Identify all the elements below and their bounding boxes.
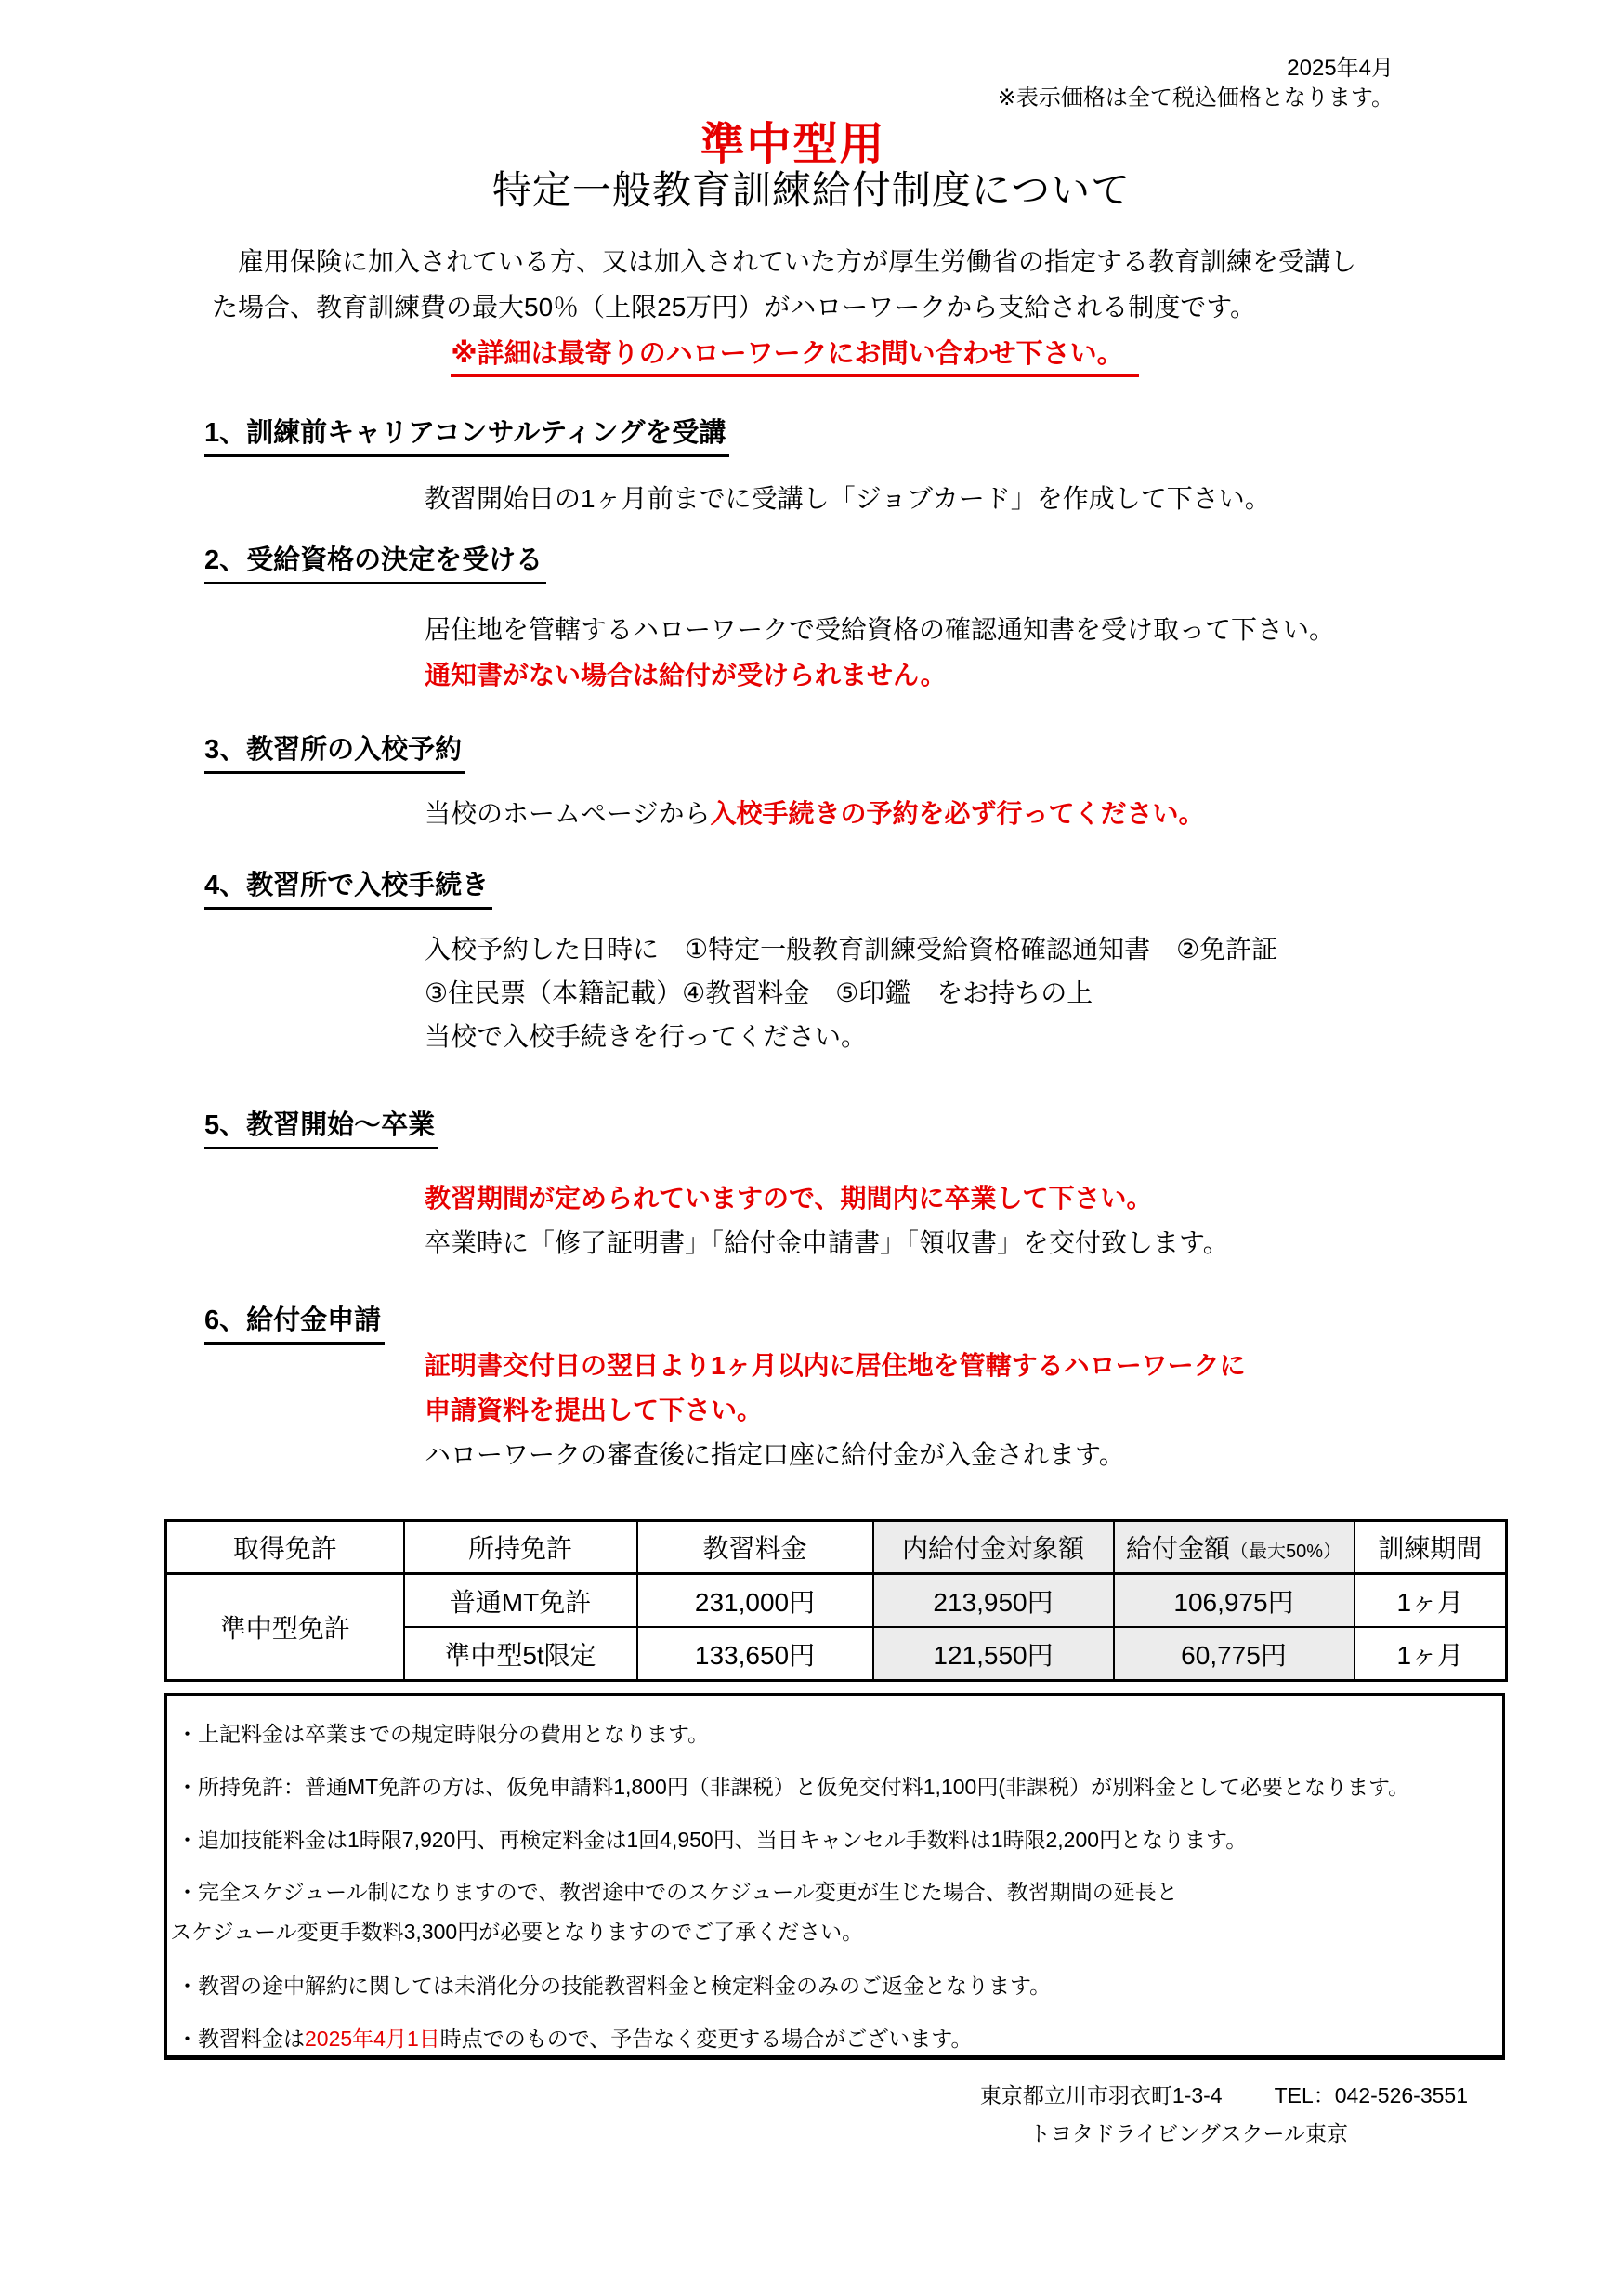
price-table-header-row: 取得免許 所持免許 教習料金 内給付金対象額 給付金額（最大50%） 訓練期間 bbox=[166, 1521, 1507, 1574]
footer-address: 東京都立川市羽衣町1-3-4TEL：042-526-3551 bbox=[980, 2079, 1468, 2109]
col-training-period: 訓練期間 bbox=[1355, 1521, 1507, 1574]
intro-line-2: た場合、教育訓練費の最大50％（上限25万円）がハローワークから支給される制度で… bbox=[212, 287, 1256, 324]
step-6-warning-1: 証明書交付日の翌日より1ヶ月以内に居住地を管轄するハローワークに bbox=[425, 1345, 1246, 1383]
period-cell: 1ヶ月 bbox=[1355, 1574, 1507, 1628]
footer-school-name: トヨタドライビングスクール東京 bbox=[1029, 2117, 1348, 2147]
note-line-4b: スケジュール変更手数料3,300円が必要となりますのでご了承ください。 bbox=[170, 1915, 863, 1946]
col-covered-amount: 内給付金対象額 bbox=[873, 1521, 1114, 1574]
col-benefit-amount: 給付金額（最大50%） bbox=[1114, 1521, 1355, 1574]
hellowork-contact-note: ※詳細は最寄りのハローワークにお問い合わせ下さい。 bbox=[0, 333, 1606, 377]
page-title: 特定一般教育訓練給付制度について bbox=[0, 160, 1623, 216]
benefit-cell: 60,775円 bbox=[1114, 1627, 1355, 1681]
step-4-line-3: 当校で入校手続きを行ってください。 bbox=[425, 1017, 867, 1054]
step-6-line-3: ハローワークの審査後に指定口座に給付金が入金されます。 bbox=[425, 1435, 1125, 1472]
col-acquired-license: 取得免許 bbox=[166, 1521, 404, 1574]
benefit-cell: 106,975円 bbox=[1114, 1574, 1355, 1628]
step-1-heading: 1、訓練前キャリアコンサルティングを受講 bbox=[204, 412, 729, 457]
step-3-line-1: 当校のホームページから入校手続きの予約を必ず行ってください。 bbox=[425, 794, 1204, 831]
step-4-line-2: ③住民票（本籍記載）④教習料金 ⑤印鑑 をお持ちの上 bbox=[425, 973, 1093, 1010]
fee-cell: 231,000円 bbox=[637, 1574, 873, 1628]
step-4-line-1: 入校予約した日時に ①特定一般教育訓練受給資格確認通知書 ②免許証 bbox=[425, 929, 1277, 966]
note-line-4a: ・完全スケジュール制になりますので、教習途中でのスケジュール変更が生じた場合、教… bbox=[177, 1875, 1178, 1906]
header-right-block: 2025年4月 ※表示価格は全て税込価格となります。 bbox=[998, 54, 1394, 113]
note-line-3: ・追加技能料金は1時限7,920円、再検定料金は1回4,950円、当日キャンセル… bbox=[177, 1823, 1247, 1854]
document-page: 2025年4月 ※表示価格は全て税込価格となります。 準中型用 特定一般教育訓練… bbox=[0, 0, 1623, 2296]
step-5-warning: 教習期間が定められていますので、期間内に卒業して下さい。 bbox=[425, 1178, 1152, 1215]
fee-cell: 133,650円 bbox=[637, 1627, 873, 1681]
step-6-heading: 6、給付金申請 bbox=[204, 1299, 385, 1345]
note-line-2: ・所持免許：普通MT免許の方は、仮免申請料1,800円（非課税）と仮免交付料1,… bbox=[177, 1770, 1409, 1801]
step-6-warning-2: 申請資料を提出して下さい。 bbox=[425, 1390, 763, 1427]
notes-box: ・上記料金は卒業までの規定時限分の費用となります。 ・所持免許：普通MT免許の方… bbox=[164, 1693, 1505, 2060]
step-2-heading: 2、受給資格の決定を受ける bbox=[204, 539, 546, 584]
step-5-heading: 5、教習開始～卒業 bbox=[204, 1104, 438, 1149]
note-line-5: ・教習の途中解約に関しては未消化分の技能教習料金と検定料金のみのご返金となります… bbox=[177, 1969, 1051, 2000]
license-group-cell: 準中型免許 bbox=[166, 1574, 404, 1681]
covered-cell: 213,950円 bbox=[873, 1574, 1114, 1628]
table-row: 準中型免許 普通MT免許 231,000円 213,950円 106,975円 … bbox=[166, 1574, 1507, 1628]
step-1-line-1: 教習開始日の1ヶ月前までに受講し「ジョブカード」を作成して下さい。 bbox=[425, 479, 1271, 516]
step-4-heading: 4、教習所で入校手続き bbox=[204, 864, 492, 910]
held-license-cell: 普通MT免許 bbox=[404, 1574, 637, 1628]
school-address: 東京都立川市羽衣町1-3-4 bbox=[980, 2083, 1223, 2107]
step-5-line-2: 卒業時に「修了証明書」「給付金申請書」「領収書」を交付致します。 bbox=[425, 1223, 1229, 1260]
step-2-line-1: 居住地を管轄するハローワークで受給資格の確認通知書を受け取って下さい。 bbox=[425, 610, 1335, 647]
note-line-1: ・上記料金は卒業までの規定時限分の費用となります。 bbox=[177, 1717, 709, 1748]
col-held-license: 所持免許 bbox=[404, 1521, 637, 1574]
price-table: 取得免許 所持免許 教習料金 内給付金対象額 給付金額（最大50%） 訓練期間 … bbox=[164, 1519, 1508, 1682]
step-2-warning: 通知書がない場合は給付が受けられません。 bbox=[425, 655, 947, 692]
period-cell: 1ヶ月 bbox=[1355, 1627, 1507, 1681]
intro-line-1: 雇用保険に加入されている方、又は加入されていた方が厚生労働省の指定する教育訓練を… bbox=[212, 242, 1356, 279]
covered-cell: 121,550円 bbox=[873, 1627, 1114, 1681]
school-tel: TEL：042-526-3551 bbox=[1275, 2083, 1468, 2107]
step-3-heading: 3、教習所の入校予約 bbox=[204, 728, 465, 774]
col-training-fee: 教習料金 bbox=[637, 1521, 873, 1574]
held-license-cell: 準中型5t限定 bbox=[404, 1627, 637, 1681]
note-line-6: ・教習料金は2025年4月1日時点でのもので、予告なく変更する場合がございます。 bbox=[177, 2022, 972, 2053]
issue-date: 2025年4月 bbox=[998, 54, 1394, 84]
